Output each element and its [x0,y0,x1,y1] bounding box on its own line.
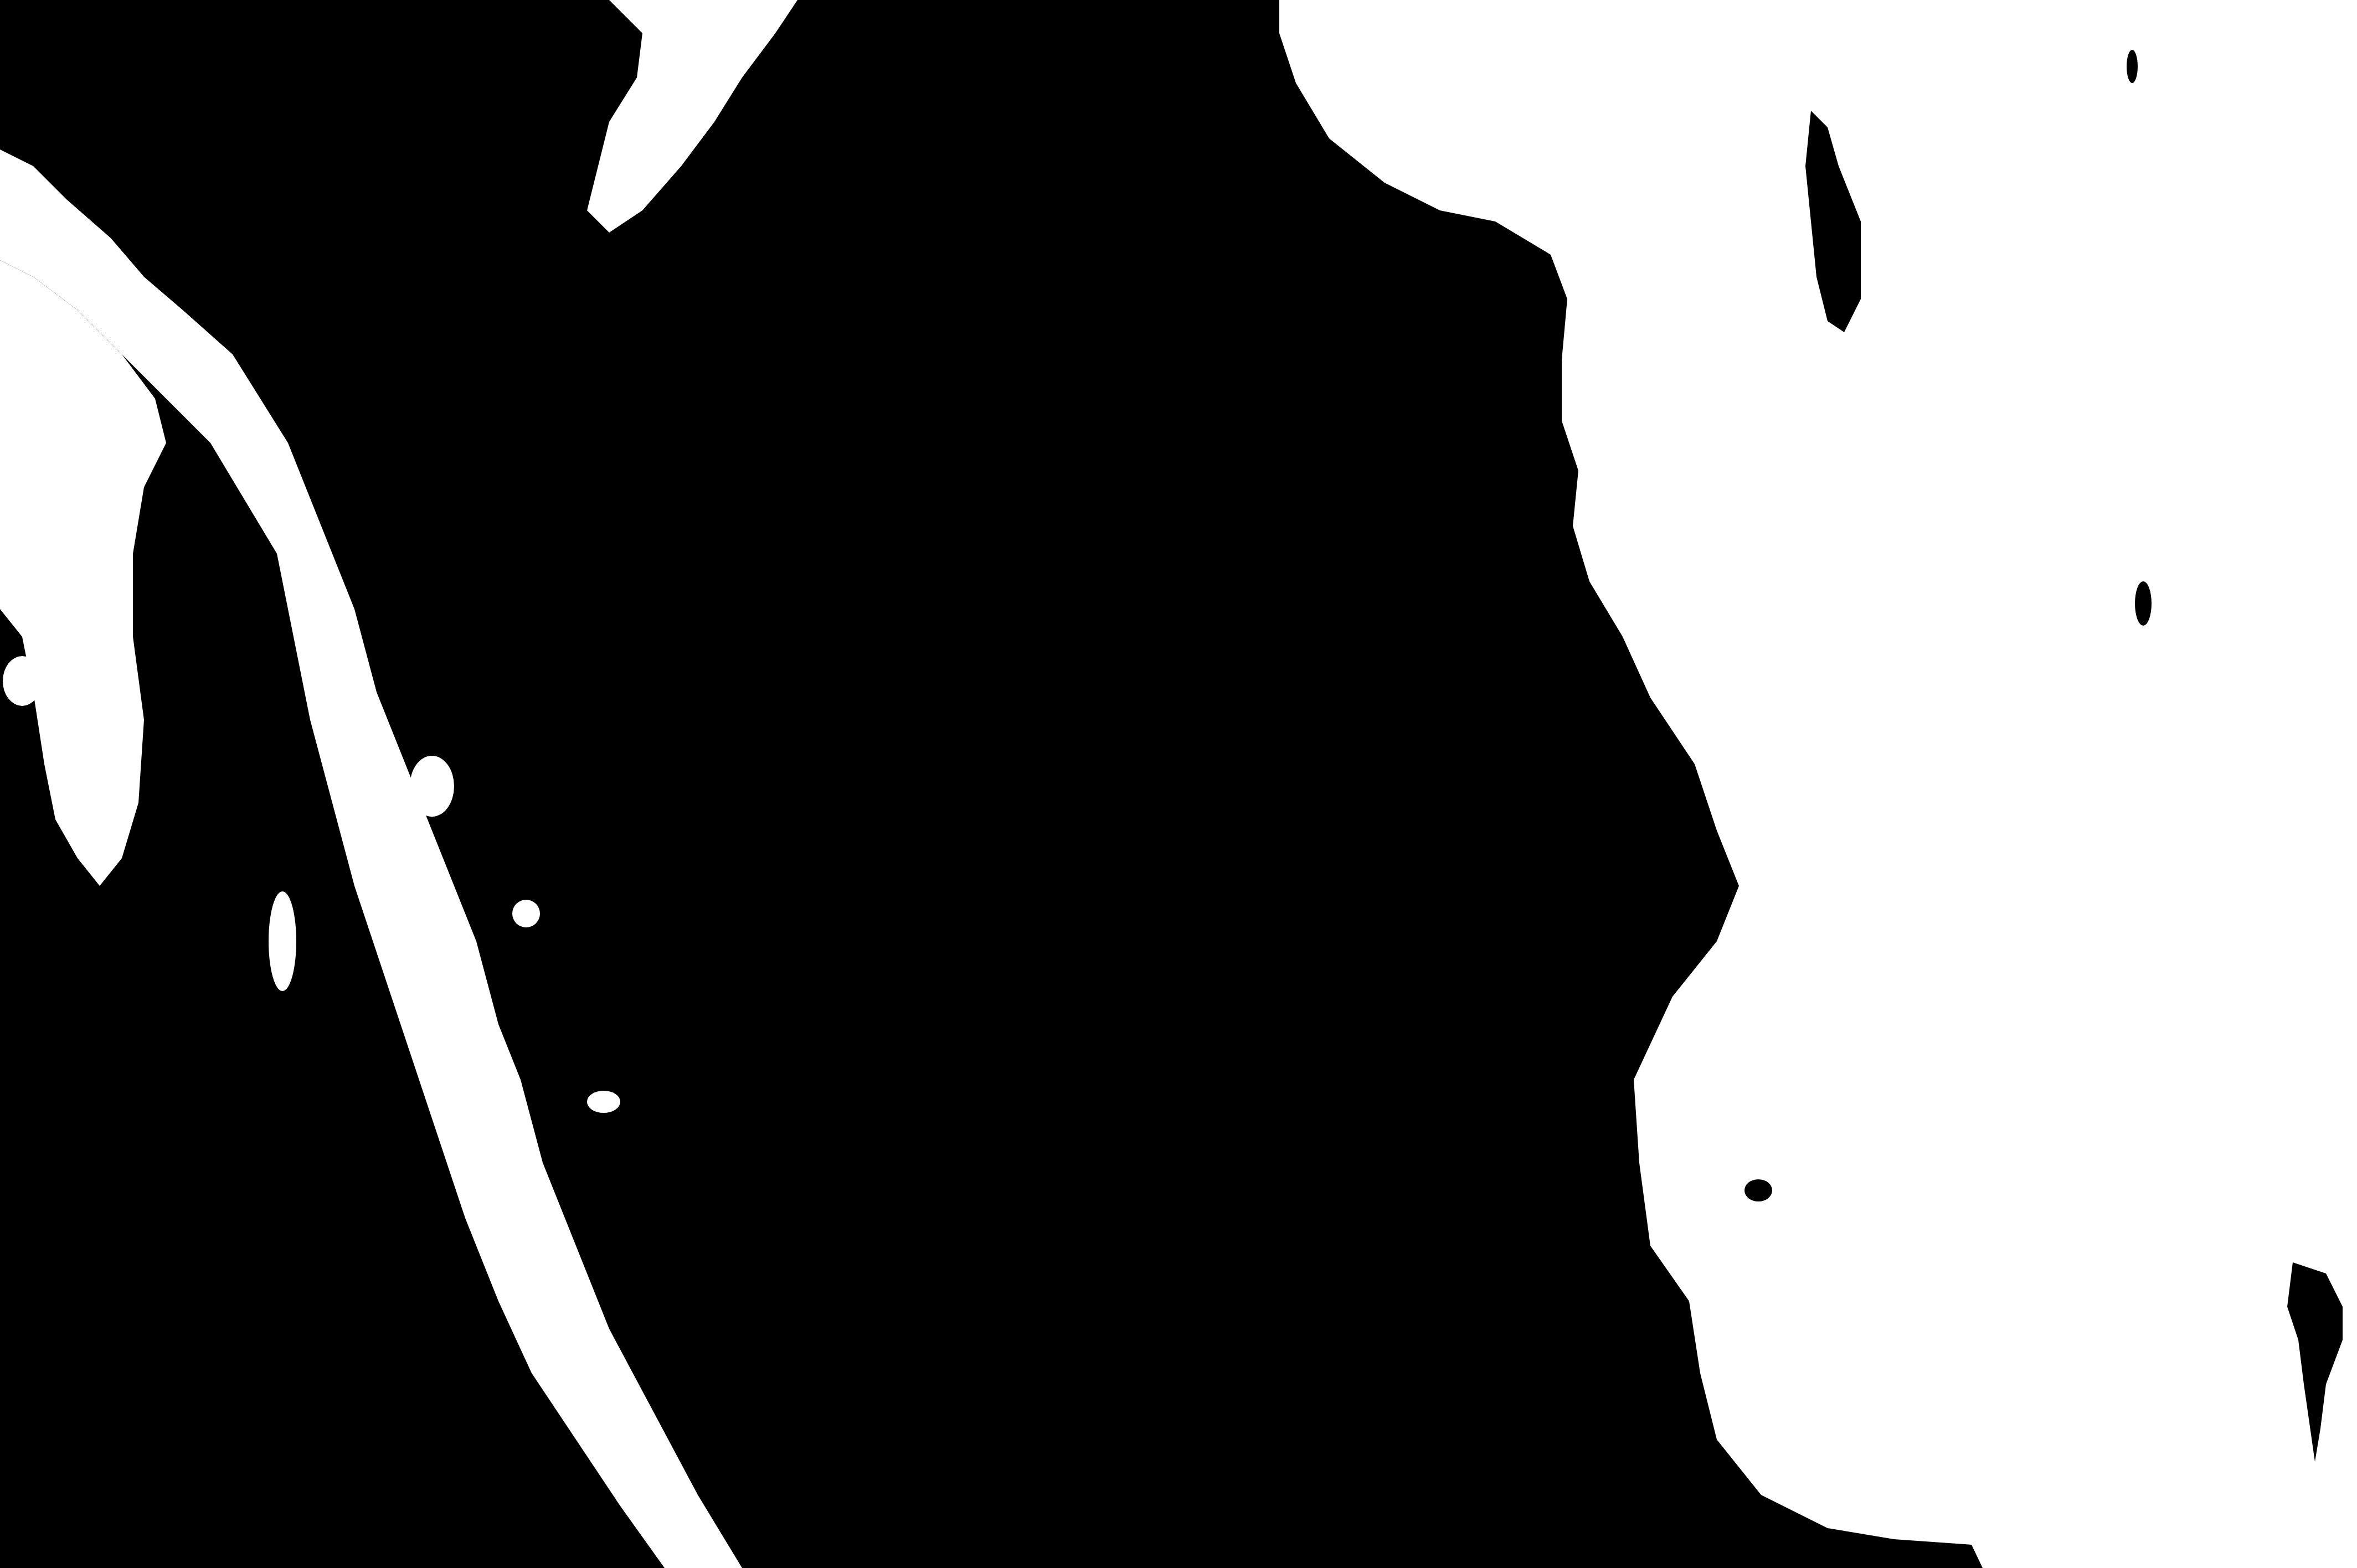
bright-blob [269,891,296,991]
bright-blob [3,656,42,706]
dark-spot [2127,50,2138,83]
bright-blob [410,756,454,817]
bright-blob [512,900,540,927]
dark-spot [2135,581,2152,626]
bright-blob [587,1091,620,1113]
binarized-photo [0,0,2357,1568]
dark-spot [1744,1179,1772,1201]
photo-shapes [0,0,2357,1568]
